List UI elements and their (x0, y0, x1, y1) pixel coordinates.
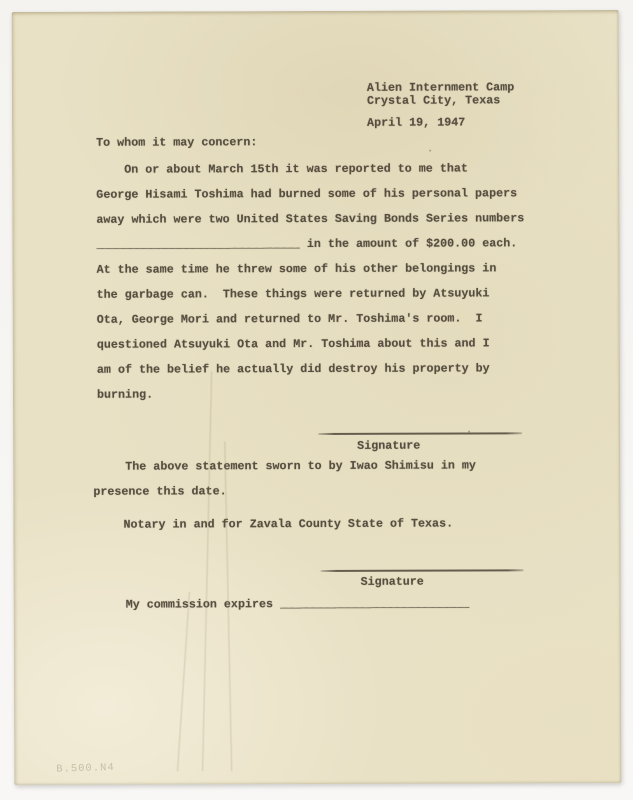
notary-line: Notary in and for Zavala County State of… (123, 518, 453, 532)
ink-speck (429, 150, 431, 152)
signature-rule-2 (321, 569, 524, 572)
body-line: On or about March 15th it was reported t… (124, 162, 468, 176)
attestation-line: The above statement sworn to by Iwao Shi… (125, 459, 476, 473)
document-page: Alien Internment Camp Crystal City, Texa… (12, 10, 622, 785)
ink-speck (468, 430, 470, 432)
body-line: am of the belief he actually did destroy… (97, 362, 490, 376)
commission-expiry-line: My commission expires __________________… (126, 597, 470, 611)
signature-rule-1 (318, 432, 522, 435)
body-line: away which were two United States Saving… (96, 212, 524, 226)
body-line-with-blank: _____________________________ in the amo… (96, 237, 517, 251)
body-line: burning. (97, 389, 153, 402)
body-line: At the same time he threw some of his ot… (97, 262, 497, 276)
paper-crease (176, 592, 191, 772)
body-line: George Hisami Toshima had burned some of… (96, 187, 517, 201)
scan-background: Alien Internment Camp Crystal City, Texa… (0, 0, 633, 800)
faint-pencil-mark: B.500.N4 (56, 762, 115, 776)
signature-label-1: Signature (357, 440, 420, 453)
salutation: To whom it may concern: (96, 136, 257, 150)
signature-label-2: Signature (361, 576, 424, 589)
body-line: questioned Atsuyuki Ota and Mr. Toshima … (97, 337, 490, 351)
paper-crease (201, 371, 213, 771)
letterhead-date: April 19, 1947 (367, 116, 465, 129)
letterhead-org-line2: Crystal City, Texas (367, 94, 500, 107)
body-line: the garbage can. These things were retur… (97, 287, 490, 301)
body-line: Ota, George Mori and returned to Mr. Tos… (97, 312, 483, 326)
